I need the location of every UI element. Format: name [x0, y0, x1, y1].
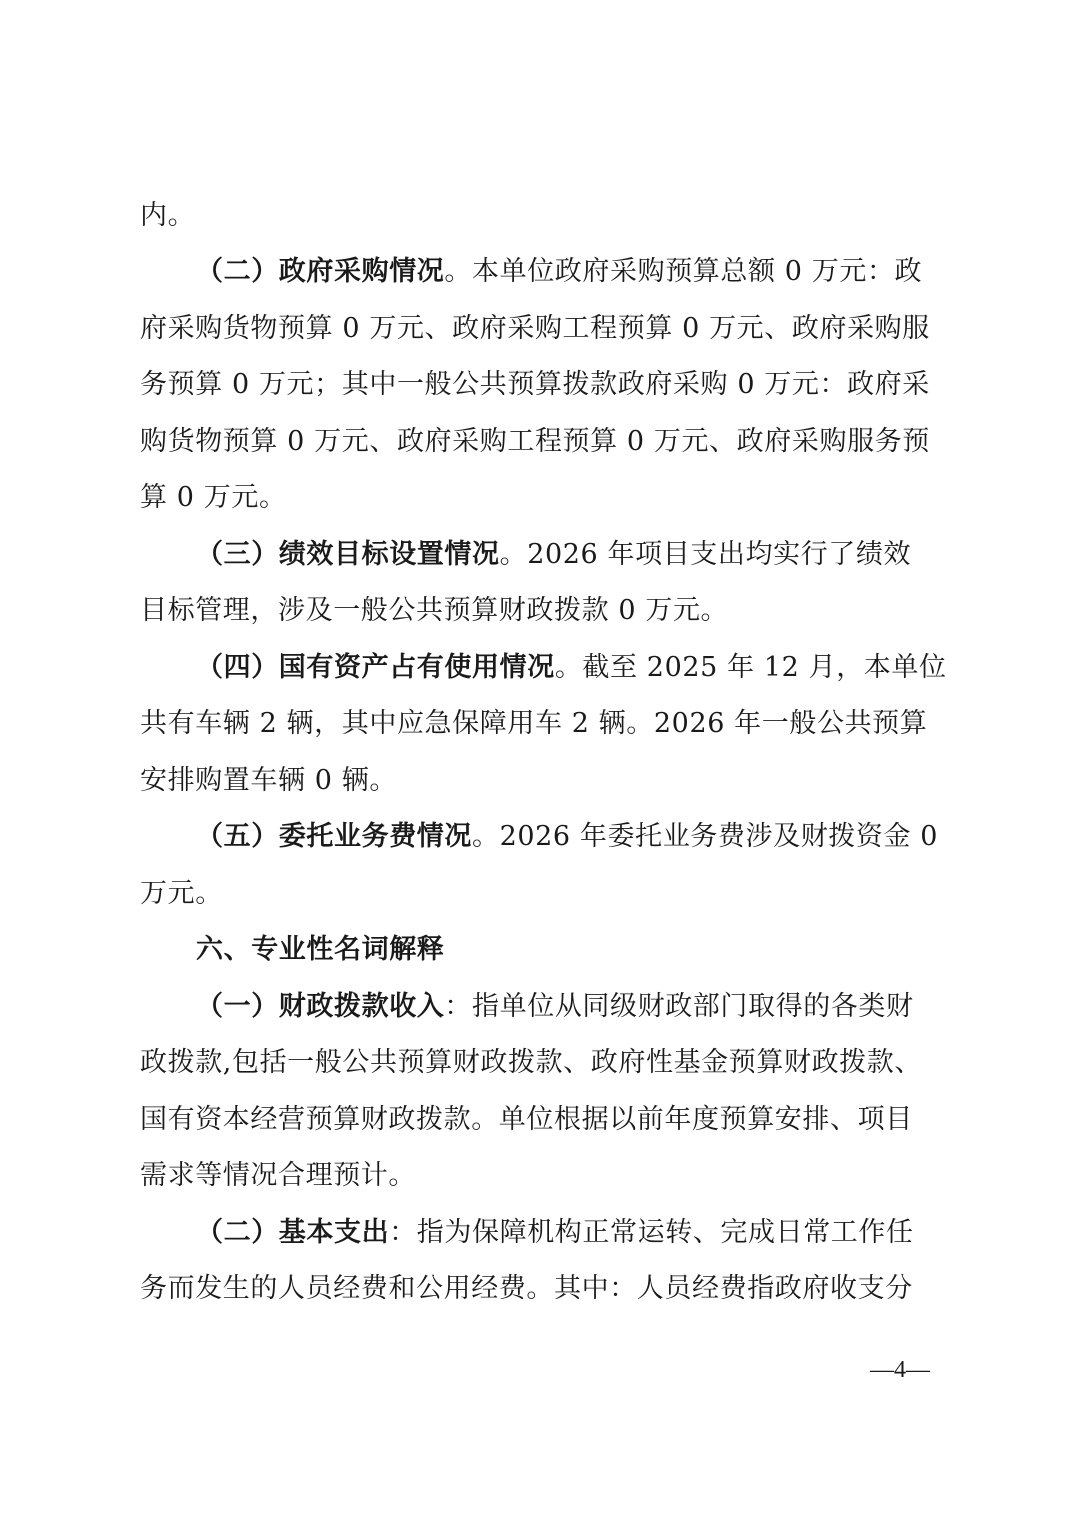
line-text: 目标管理，涉及一般公共预算财政拨款 0 万元。	[140, 595, 728, 626]
text-line: 安排购置车辆 0 辆。	[140, 761, 940, 801]
text-line: 目标管理，涉及一般公共预算财政拨款 0 万元。	[140, 591, 940, 631]
text-line: 国有资本经营预算财政拨款。单位根据以前年度预算安排、项目	[140, 1100, 940, 1140]
text-line: 内。	[140, 196, 940, 236]
section-lead: （二）政府采购情况	[196, 256, 444, 287]
text-line: 需求等情况合理预计。	[140, 1156, 940, 1196]
paragraph-state-assets: （四）国有资产占有使用情况。截至 2025 年 12 月，本单位	[196, 648, 940, 688]
page-number: —4—	[860, 1352, 940, 1388]
line-text: 。2026 年委托业务费涉及财拨资金 0	[472, 821, 938, 852]
paragraph-entrusted-business-fees: （五）委托业务费情况。2026 年委托业务费涉及财拨资金 0	[196, 817, 940, 857]
line-text: 安排购置车辆 0 辆。	[140, 765, 397, 796]
paragraph-performance-targets: （三）绩效目标设置情况。2026 年项目支出均实行了绩效	[196, 535, 940, 575]
line-text: 购货物预算 0 万元、政府采购工程预算 0 万元、政府采购服务预	[140, 426, 930, 457]
paragraph-government-procurement: （二）政府采购情况。本单位政府采购预算总额 0 万元：政	[196, 252, 940, 292]
text-line: 共有车辆 2 辆，其中应急保障用车 2 辆。2026 年一般公共预算	[140, 704, 940, 744]
section-heading-terminology: 六、专业性名词解释	[196, 930, 940, 970]
text-line: 购货物预算 0 万元、政府采购工程预算 0 万元、政府采购服务预	[140, 422, 940, 462]
line-text: ：指单位从同级财政部门取得的各类财	[444, 991, 913, 1022]
text-line: 府采购货物预算 0 万元、政府采购工程预算 0 万元、政府采购服	[140, 309, 940, 349]
line-text: 。2026 年项目支出均实行了绩效	[500, 539, 912, 570]
line-text: 算 0 万元。	[140, 482, 287, 513]
section-lead: （五）委托业务费情况	[196, 821, 472, 852]
line-text: 万元。	[140, 878, 223, 909]
section-heading-text: 六、专业性名词解释	[196, 934, 444, 965]
line-text: 务而发生的人员经费和公用经费。其中：人员经费指政府收支分	[140, 1273, 913, 1304]
section-lead: （三）绩效目标设置情况	[196, 539, 500, 570]
line-text: 务预算 0 万元；其中一般公共预算拨款政府采购 0 万元：政府采	[140, 369, 930, 400]
line-text: ：指为保障机构正常运转、完成日常工作任	[389, 1217, 913, 1248]
text-line: 政拨款,包括一般公共预算财政拨款、政府性基金预算财政拨款、	[140, 1043, 940, 1083]
paragraph-fiscal-appropriation-income: （一）财政拨款收入：指单位从同级财政部门取得的各类财	[196, 987, 940, 1027]
text-line: 万元。	[140, 874, 940, 914]
paragraph-basic-expenditure: （二）基本支出：指为保障机构正常运转、完成日常工作任	[196, 1213, 940, 1253]
line-text: 国有资本经营预算财政拨款。单位根据以前年度预算安排、项目	[140, 1104, 913, 1135]
text-line: 务预算 0 万元；其中一般公共预算拨款政府采购 0 万元：政府采	[140, 365, 940, 405]
line-text: 。截至 2025 年 12 月，本单位	[555, 652, 947, 683]
section-lead: （四）国有资产占有使用情况	[196, 652, 555, 683]
text-line: 算 0 万元。	[140, 478, 940, 518]
line-text: 共有车辆 2 辆，其中应急保障用车 2 辆。2026 年一般公共预算	[140, 708, 927, 739]
term-label: （二）基本支出	[196, 1217, 389, 1248]
line-text: 。本单位政府采购预算总额 0 万元：政	[444, 256, 922, 287]
line-text: 府采购货物预算 0 万元、政府采购工程预算 0 万元、政府采购服	[140, 313, 930, 344]
term-label: （一）财政拨款收入	[196, 991, 444, 1022]
line-text: 需求等情况合理预计。	[140, 1160, 416, 1191]
text-line: 务而发生的人员经费和公用经费。其中：人员经费指政府收支分	[140, 1269, 940, 1309]
line-text: 内。	[140, 200, 195, 231]
document-page: 内。 （二）政府采购情况。本单位政府采购预算总额 0 万元：政 府采购货物预算 …	[0, 0, 1074, 1520]
line-text: 政拨款,包括一般公共预算财政拨款、政府性基金预算财政拨款、	[140, 1047, 922, 1078]
